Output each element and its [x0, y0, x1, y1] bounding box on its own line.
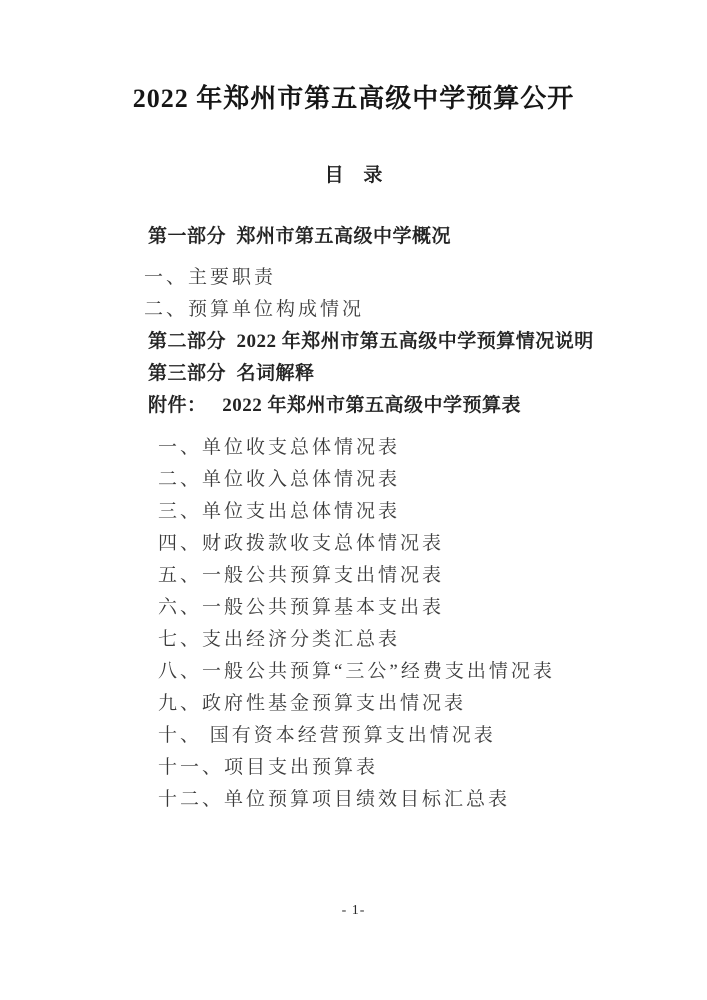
toc-table-item: 十二、单位预算项目绩效目标汇总表 [106, 784, 602, 816]
toc-part1-item-unit-composition: 二、预算单位构成情况 [106, 294, 602, 326]
toc-table-item: 二、单位收入总体情况表 [106, 464, 602, 496]
toc-part1-title: 第一部分 郑州市第五高级中学概况 [106, 221, 602, 253]
toc-table-item: 六、一般公共预算基本支出表 [106, 592, 602, 624]
toc-table-item: 七、支出经济分类汇总表 [106, 624, 602, 656]
toc-table-item: 三、单位支出总体情况表 [106, 496, 602, 528]
toc-body: 第一部分 郑州市第五高级中学概况 一、主要职责 二、预算单位构成情况 第二部分 … [106, 221, 602, 816]
toc-table-item: 九、政府性基金预算支出情况表 [106, 688, 602, 720]
toc-part1-item-duties: 一、主要职责 [106, 262, 602, 294]
toc-table-item: 八、一般公共预算“三公”经费支出情况表 [106, 656, 602, 688]
toc-table-item: 五、一般公共预算支出情况表 [106, 560, 602, 592]
toc-table-item: 十一、项目支出预算表 [106, 752, 602, 784]
doc-title: 2022 年郑州市第五高级中学预算公开 [0, 0, 707, 116]
toc-heading: 目 录 [0, 163, 707, 189]
page-number: - 1- [0, 903, 707, 919]
toc-table-item: 四、财政拨款收支总体情况表 [106, 528, 602, 560]
toc-table-item: 一、单位收支总体情况表 [106, 432, 602, 464]
toc-part2-title: 第二部分 2022 年郑州市第五高级中学预算情况说明 [106, 326, 602, 358]
toc-table-item: 十、 国有资本经营预算支出情况表 [106, 720, 602, 752]
toc-attachment-tables: 一、单位收支总体情况表 二、单位收入总体情况表 三、单位支出总体情况表 四、财政… [106, 432, 602, 816]
document-page: 2022 年郑州市第五高级中学预算公开 目 录 第一部分 郑州市第五高级中学概况… [0, 0, 707, 1000]
toc-part3-title: 第三部分 名词解释 [106, 358, 602, 390]
toc-attachment-title: 附件： 2022 年郑州市第五高级中学预算表 [106, 390, 602, 422]
